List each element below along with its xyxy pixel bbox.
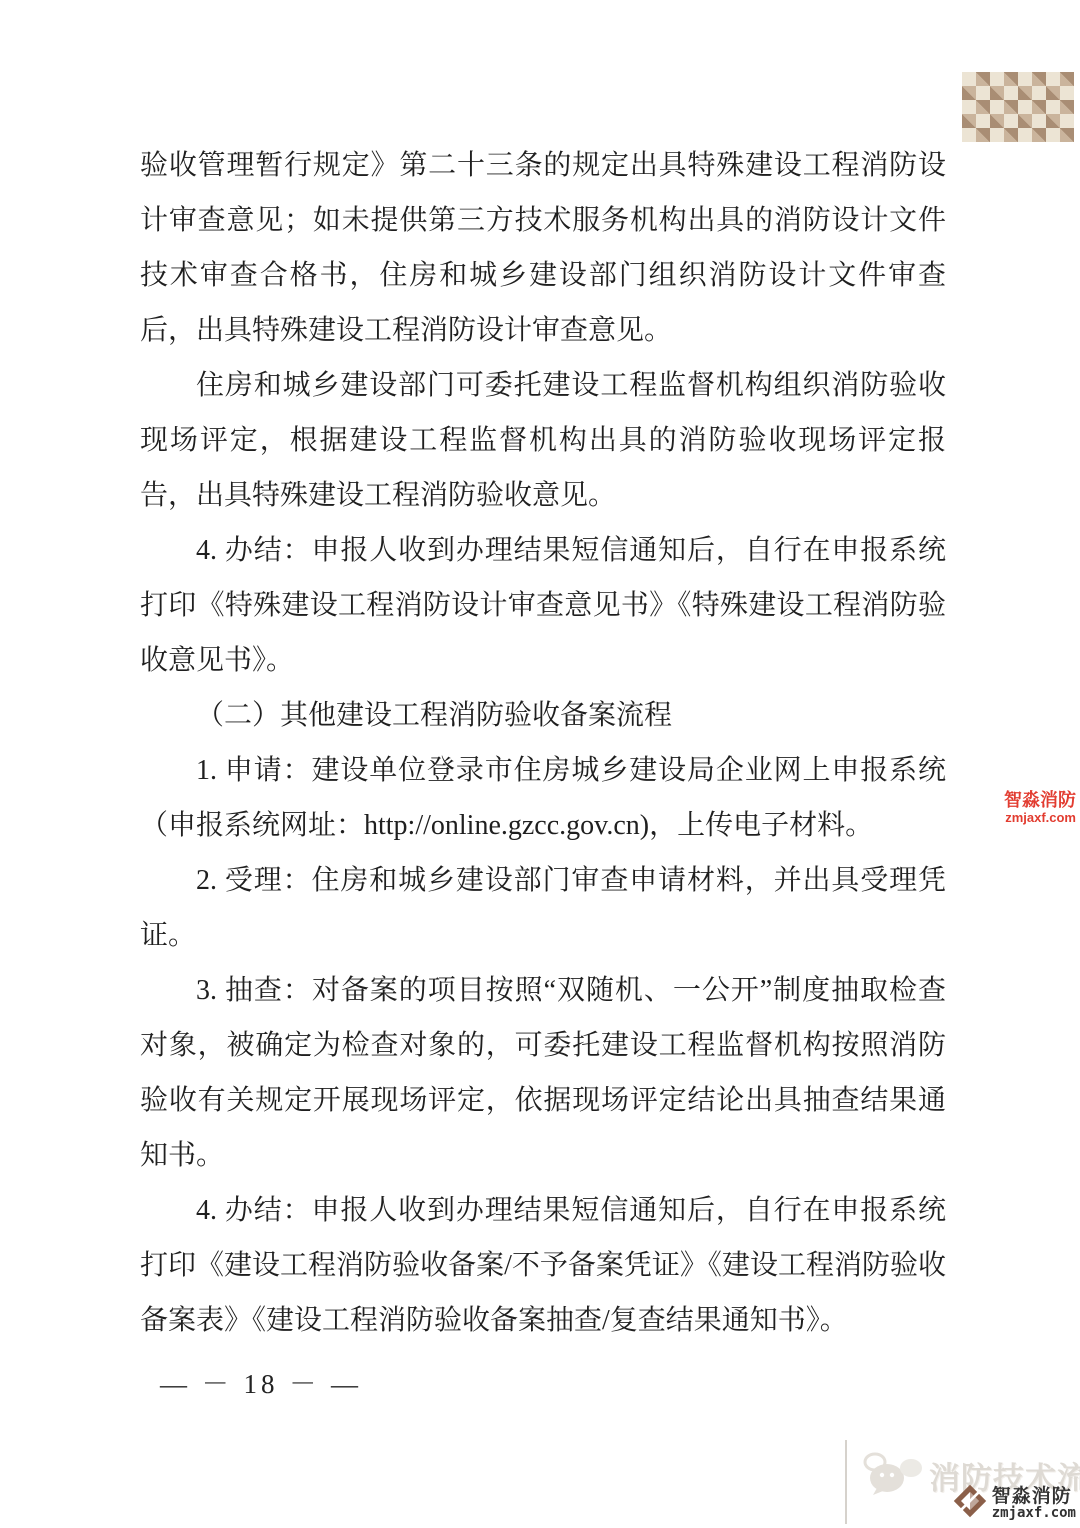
paragraph: 3. 抽查：对备案的项目按照“双随机、一公开”制度抽取检查对象，被确定为检查对象… [140,963,946,1183]
document-body: 验收管理暂行规定》第二十三条的规定出具特殊建设工程消防设计审查意见；如未提供第三… [140,138,946,1348]
pixelated-logo-watermark [962,72,1074,142]
document-page: 验收管理暂行规定》第二十三条的规定出具特殊建设工程消防设计审查意见；如未提供第三… [0,0,1080,1528]
footer-divider [845,1440,847,1524]
paragraph: 4. 办结：申报人收到办理结果短信通知后，自行在申报系统打印《建设工程消防验收备… [140,1183,946,1348]
zmjaxf-diamond-logo-icon [952,1483,988,1524]
paragraph: 4. 办结：申报人收到办理结果短信通知后，自行在申报系统打印《特殊建设工程消防设… [140,523,946,688]
page-number: — － 18 － — [160,1362,362,1401]
paragraph: 2. 受理：住房和城乡建设部门审查申请材料，并出具受理凭证。 [140,853,946,963]
paragraph: （二）其他建设工程消防验收备案流程 [140,688,946,743]
paragraph: 1. 申请：建设单位登录市住房城乡建设局企业网上申报系统（申报系统网址：http… [140,743,946,853]
paragraph: 住房和城乡建设部门可委托建设工程监督机构组织消防验收现场评定，根据建设工程监督机… [140,358,946,523]
side-watermark: 智淼消防 zmjaxf.com [1004,790,1076,826]
side-watermark-title: 智淼消防 [1004,790,1076,811]
footer-logo-title: 智淼消防 [992,1487,1076,1506]
footer-watermark-block: 消防技术流 智淼消防 zmjaxf.com [845,1436,1080,1528]
footer-logo-row: 智淼消防 zmjaxf.com [952,1483,1076,1524]
wechat-bubbles-icon [857,1450,925,1501]
footer-logo-url: zmjaxf.com [992,1506,1076,1520]
paragraph: 验收管理暂行规定》第二十三条的规定出具特殊建设工程消防设计审查意见；如未提供第三… [140,138,946,358]
side-watermark-url: zmjaxf.com [1004,811,1076,826]
